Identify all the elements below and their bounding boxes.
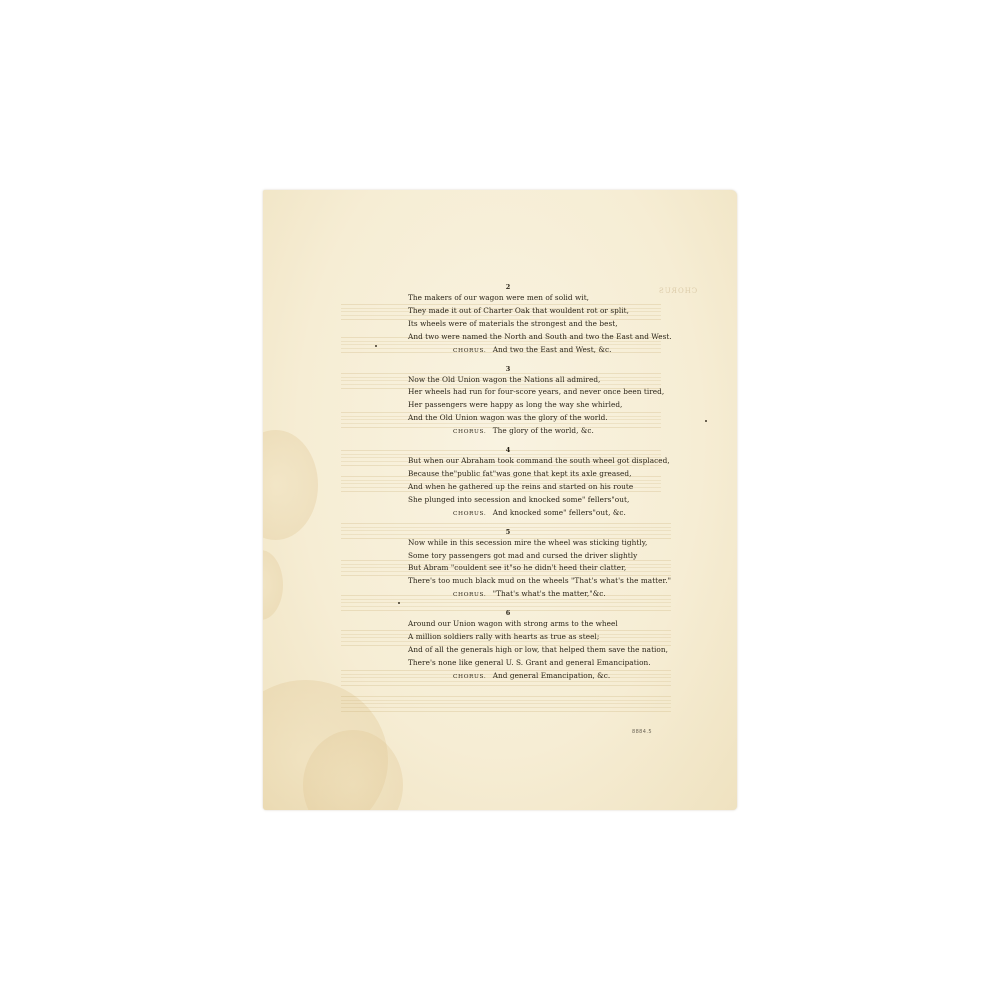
verse-number: 6 xyxy=(348,608,668,618)
verse-line: Around our Union wagon with strong arms … xyxy=(408,618,668,631)
chorus-label: CHORUS. xyxy=(453,674,486,680)
chorus-text: And general Emancipation, &c. xyxy=(493,671,611,680)
water-stain xyxy=(263,550,283,620)
verse-line: Her passengers were happy as long the wa… xyxy=(408,399,668,412)
verse-line: Now while in this secession mire the whe… xyxy=(408,537,668,550)
verse-5: 5 Now while in this secession mire the w… xyxy=(408,527,668,603)
verse-line: But when our Abraham took command the so… xyxy=(408,455,668,468)
chorus-text: And two the East and West, &c. xyxy=(493,345,612,354)
ink-speck xyxy=(375,345,377,347)
verse-line: And the Old Union wagon was the glory of… xyxy=(408,412,668,425)
lyrics-block: 2 The makers of our wagon were men of so… xyxy=(408,282,668,690)
water-stain xyxy=(263,430,318,540)
verse-4: 4 But when our Abraham took command the … xyxy=(408,445,668,521)
verse-number: 5 xyxy=(348,527,668,537)
verse-line: And of all the generals high or low, tha… xyxy=(408,644,668,657)
chorus-line: CHORUS. The glory of the world, &c. xyxy=(408,425,668,439)
verse-6: 6 Around our Union wagon with strong arm… xyxy=(408,608,668,684)
verse-line: Now the Old Union wagon the Nations all … xyxy=(408,374,668,387)
chorus-label: CHORUS. xyxy=(453,511,486,517)
verse-line: There's none like general U. S. Grant an… xyxy=(408,657,668,670)
plate-number: 8884.5 xyxy=(632,729,652,735)
verse-line: But Abram "couldent see it"so he didn't … xyxy=(408,562,668,575)
sheet-music-page: CHORUS 2 The makers of our wagon were me… xyxy=(263,190,737,810)
chorus-text: "That's what's the matter,"&c. xyxy=(493,589,606,598)
verse-number: 4 xyxy=(348,445,668,455)
ink-speck xyxy=(398,602,400,604)
chorus-label: CHORUS. xyxy=(453,429,486,435)
ink-speck xyxy=(705,420,707,422)
show-through-staff xyxy=(341,696,671,712)
verse-3: 3 Now the Old Union wagon the Nations al… xyxy=(408,364,668,440)
verse-2: 2 The makers of our wagon were men of so… xyxy=(408,282,668,358)
verse-line: Her wheels had run for four-score years,… xyxy=(408,386,668,399)
verse-line: The makers of our wagon were men of soli… xyxy=(408,292,668,305)
verse-line: There's too much black mud on the wheels… xyxy=(408,575,668,588)
verse-line: And two were named the North and South a… xyxy=(408,331,668,344)
chorus-text: And knocked some" fellers"out, &c. xyxy=(493,508,626,517)
verse-line: She plunged into secession and knocked s… xyxy=(408,494,668,507)
chorus-line: CHORUS. And knocked some" fellers"out, &… xyxy=(408,507,668,521)
chorus-label: CHORUS. xyxy=(453,592,486,598)
chorus-label: CHORUS. xyxy=(453,348,486,354)
verse-line: Some tory passengers got mad and cursed … xyxy=(408,550,668,563)
verse-number: 2 xyxy=(348,282,668,292)
verse-line: Its wheels were of materials the stronge… xyxy=(408,318,668,331)
chorus-line: CHORUS. "That's what's the matter,"&c. xyxy=(408,588,668,602)
chorus-line: CHORUS. And general Emancipation, &c. xyxy=(408,670,668,684)
verse-number: 3 xyxy=(348,364,668,374)
verse-line: A million soldiers rally with hearts as … xyxy=(408,631,668,644)
verse-line: And when he gathered up the reins and st… xyxy=(408,481,668,494)
chorus-line: CHORUS. And two the East and West, &c. xyxy=(408,344,668,358)
verse-line: Because the"public fat"was gone that kep… xyxy=(408,468,668,481)
chorus-text: The glory of the world, &c. xyxy=(493,426,594,435)
verse-line: They made it out of Charter Oak that wou… xyxy=(408,305,668,318)
